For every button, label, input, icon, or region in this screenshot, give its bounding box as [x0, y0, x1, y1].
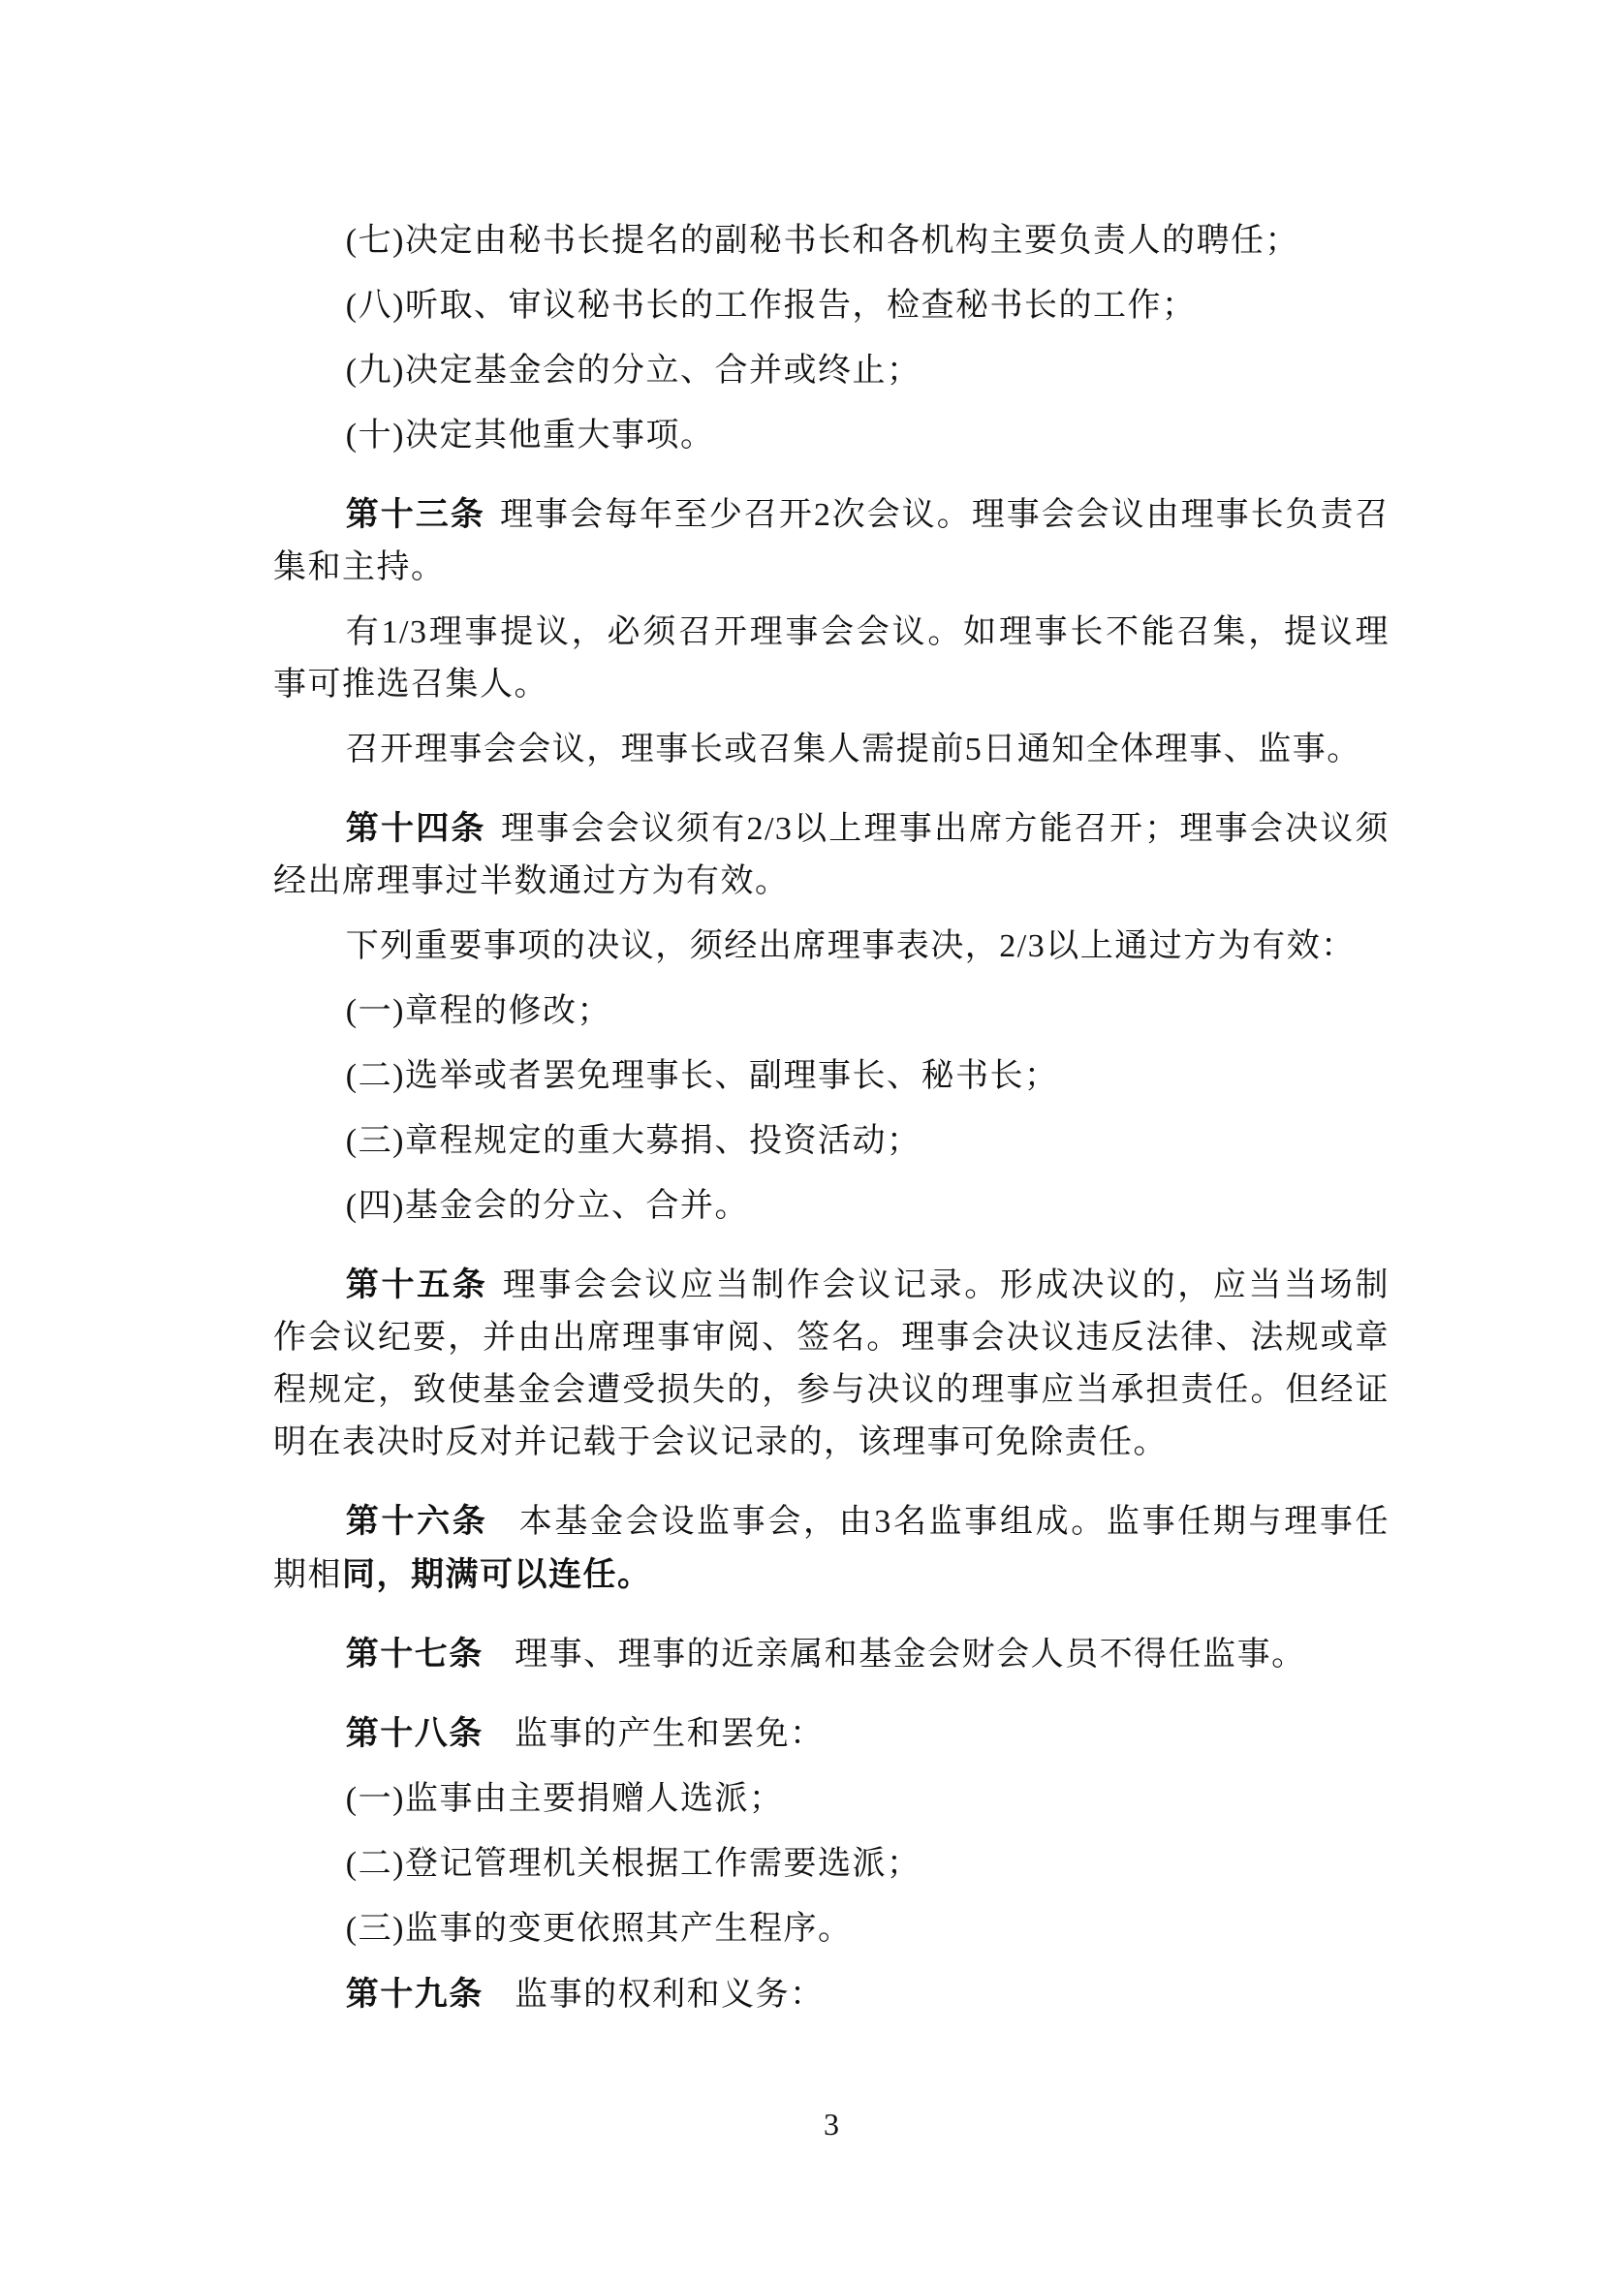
clause-7: (七)决定由秘书长提名的副秘书长和各机构主要负责人的聘任；: [273, 215, 1390, 267]
supervisor-item-1-text: (一)监事由主要捐赠人选派；: [346, 1781, 784, 1817]
vote-item-2-text: (二)选举或者罢免理事长、副理事长、秘书长；: [346, 1058, 1059, 1094]
clause-8: (八)听取、审议秘书长的工作报告，检查秘书长的工作；: [273, 280, 1390, 332]
article-17: 第十七条理事、理事的近亲属和基金会财会人员不得任监事。: [273, 1628, 1390, 1681]
vote-item-3-text: (三)章程规定的重大募捐、投资活动；: [346, 1123, 921, 1159]
vote-item-4: (四)基金会的分立、合并。: [273, 1180, 1390, 1233]
vote-item-3: (三)章程规定的重大募捐、投资活动；: [273, 1115, 1390, 1168]
clause-9-text: (九)决定基金会的分立、合并或终止；: [346, 353, 921, 389]
article-15-heading: 第十五条: [346, 1267, 488, 1303]
clause-10-text: (十)决定其他重大事项。: [346, 418, 715, 453]
supervisor-item-1: (一)监事由主要捐赠人选派；: [273, 1773, 1390, 1826]
clause-10: (十)决定其他重大事项。: [273, 410, 1390, 462]
article-19-heading: 第十九条: [346, 1976, 484, 2013]
document-body: (七)决定由秘书长提名的副秘书长和各机构主要负责人的聘任； (八)听取、审议秘书…: [273, 215, 1390, 2034]
para-one-third-proposal: 有1/3理事提议，必须召开理事会会议。如理事长不能召集，提议理事可推选召集人。: [273, 607, 1390, 711]
article-14: 第十四条理事会会议须有2/3以上理事出席方能召开；理事会决议须经出席理事过半数通…: [273, 802, 1390, 908]
para-important-matters-text: 下列重要事项的决议，须经出席理事表决，2/3以上通过方为有效：: [346, 928, 1356, 964]
supervisor-item-2-text: (二)登记管理机关根据工作需要选派；: [346, 1846, 921, 1882]
vote-item-4-text: (四)基金会的分立、合并。: [346, 1188, 749, 1224]
document-page: (七)决定由秘书长提名的副秘书长和各机构主要负责人的聘任； (八)听取、审议秘书…: [0, 0, 1624, 2283]
article-16-heading: 第十六条: [346, 1503, 488, 1540]
vote-item-2: (二)选举或者罢免理事长、副理事长、秘书长；: [273, 1050, 1390, 1103]
supervisor-item-2: (二)登记管理机关根据工作需要选派；: [273, 1838, 1390, 1891]
article-16: 第十六条本基金会设监事会，由3名监事组成。监事任期与理事任期相同，期满可以连任。: [273, 1495, 1390, 1602]
article-19: 第十九条监事的权利和义务：: [273, 1968, 1390, 2021]
article-18-heading: 第十八条: [346, 1715, 484, 1752]
article-19-text: 监事的权利和义务：: [515, 1977, 825, 2013]
supervisor-item-3: (三)监事的变更依照其产生程序。: [273, 1903, 1390, 1955]
article-18: 第十八条监事的产生和罢免：: [273, 1707, 1390, 1761]
supervisor-item-3-text: (三)监事的变更依照其产生程序。: [346, 1911, 853, 1947]
clause-8-text: (八)听取、审议秘书长的工作报告，检查秘书长的工作；: [346, 288, 1197, 324]
article-15: 第十五条理事会会议应当制作会议记录。形成决议的，应当当场制作会议纪要，并由出席理…: [273, 1259, 1390, 1469]
article-14-heading: 第十四条: [346, 810, 486, 847]
article-13-heading: 第十三条: [346, 496, 485, 533]
clause-7-text: (七)决定由秘书长提名的副秘书长和各机构主要负责人的聘任；: [346, 223, 1299, 259]
vote-item-1: (一)章程的修改；: [273, 985, 1390, 1038]
article-13: 第十三条理事会每年至少召开2次会议。理事会会议由理事长负责召集和主持。: [273, 488, 1390, 594]
para-important-matters: 下列重要事项的决议，须经出席理事表决，2/3以上通过方为有效：: [273, 921, 1390, 973]
article-17-heading: 第十七条: [346, 1636, 484, 1673]
article-17-text: 理事、理事的近亲属和基金会财会人员不得任监事。: [515, 1637, 1306, 1673]
para-convene-notice-text: 召开理事会会议，理事长或召集人需提前5日通知全体理事、监事。: [346, 732, 1361, 767]
para-convene-notice: 召开理事会会议，理事长或召集人需提前5日通知全体理事、监事。: [273, 724, 1390, 776]
para-one-third-proposal-text: 有1/3理事提议，必须召开理事会会议。如理事长不能召集，提议理事可推选召集人。: [273, 614, 1390, 703]
clause-9: (九)决定基金会的分立、合并或终止；: [273, 345, 1390, 397]
page-number: 3: [273, 2105, 1390, 2143]
article-18-text: 监事的产生和罢免：: [515, 1716, 825, 1752]
vote-item-1-text: (一)章程的修改；: [346, 993, 611, 1029]
article-16-text-bold: 同，期满可以连任。: [342, 1556, 652, 1593]
